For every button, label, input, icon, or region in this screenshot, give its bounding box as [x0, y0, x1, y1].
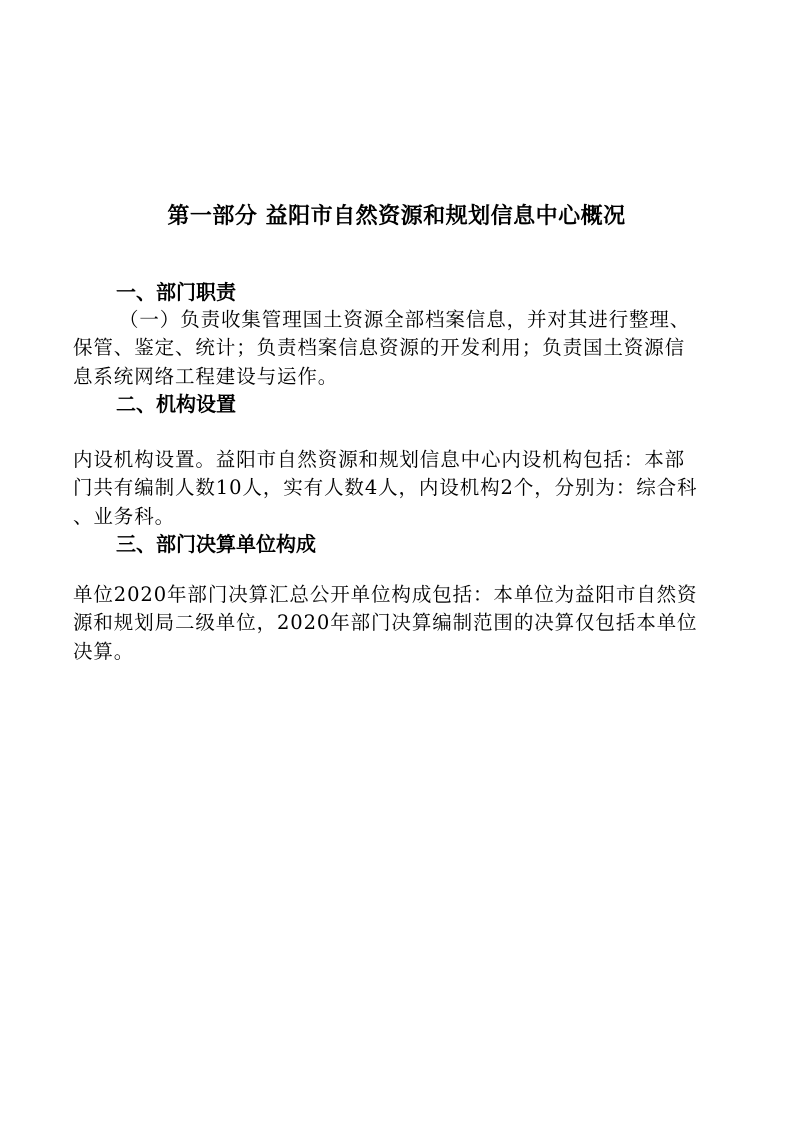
paragraph-line: 决算。: [73, 638, 715, 666]
page-title: 第一部分 益阳市自然资源和规划信息中心概况: [0, 200, 793, 234]
paragraph-line: 、业务科。: [73, 503, 715, 531]
section-heading-duties: 一、部门职责: [116, 278, 236, 306]
section-body-organization: 内设机构设置。益阳市自然资源和规划信息中心内设机构包括：本部 门共有编制人数10…: [73, 446, 715, 531]
paragraph-line: （一）负责收集管理国土资源全部档案信息，并对其进行整理、: [73, 306, 715, 334]
document-page: 第一部分 益阳市自然资源和规划信息中心概况 一、部门职责 （一）负责收集管理国土…: [0, 0, 793, 1122]
paragraph-line: 息系统网络工程建设与运作。: [73, 363, 715, 391]
section-body-duties: （一）负责收集管理国土资源全部档案信息，并对其进行整理、 保管、鉴定、统计；负责…: [73, 306, 715, 391]
section-heading-units: 三、部门决算单位构成: [116, 530, 316, 558]
section-heading-organization: 二、机构设置: [116, 390, 236, 418]
paragraph-line: 单位2020年部门决算汇总公开单位构成包括：本单位为益阳市自然资: [73, 581, 715, 609]
section-body-units: 单位2020年部门决算汇总公开单位构成包括：本单位为益阳市自然资 源和规划局二级…: [73, 581, 715, 666]
paragraph-line: 保管、鉴定、统计；负责档案信息资源的开发利用；负责国土资源信: [73, 334, 715, 362]
paragraph-line: 源和规划局二级单位，2020年部门决算编制范围的决算仅包括本单位: [73, 609, 715, 637]
paragraph-line: 内设机构设置。益阳市自然资源和规划信息中心内设机构包括：本部: [73, 446, 715, 474]
paragraph-line: 门共有编制人数10人，实有人数4人，内设机构2个，分别为：综合科: [73, 474, 715, 502]
